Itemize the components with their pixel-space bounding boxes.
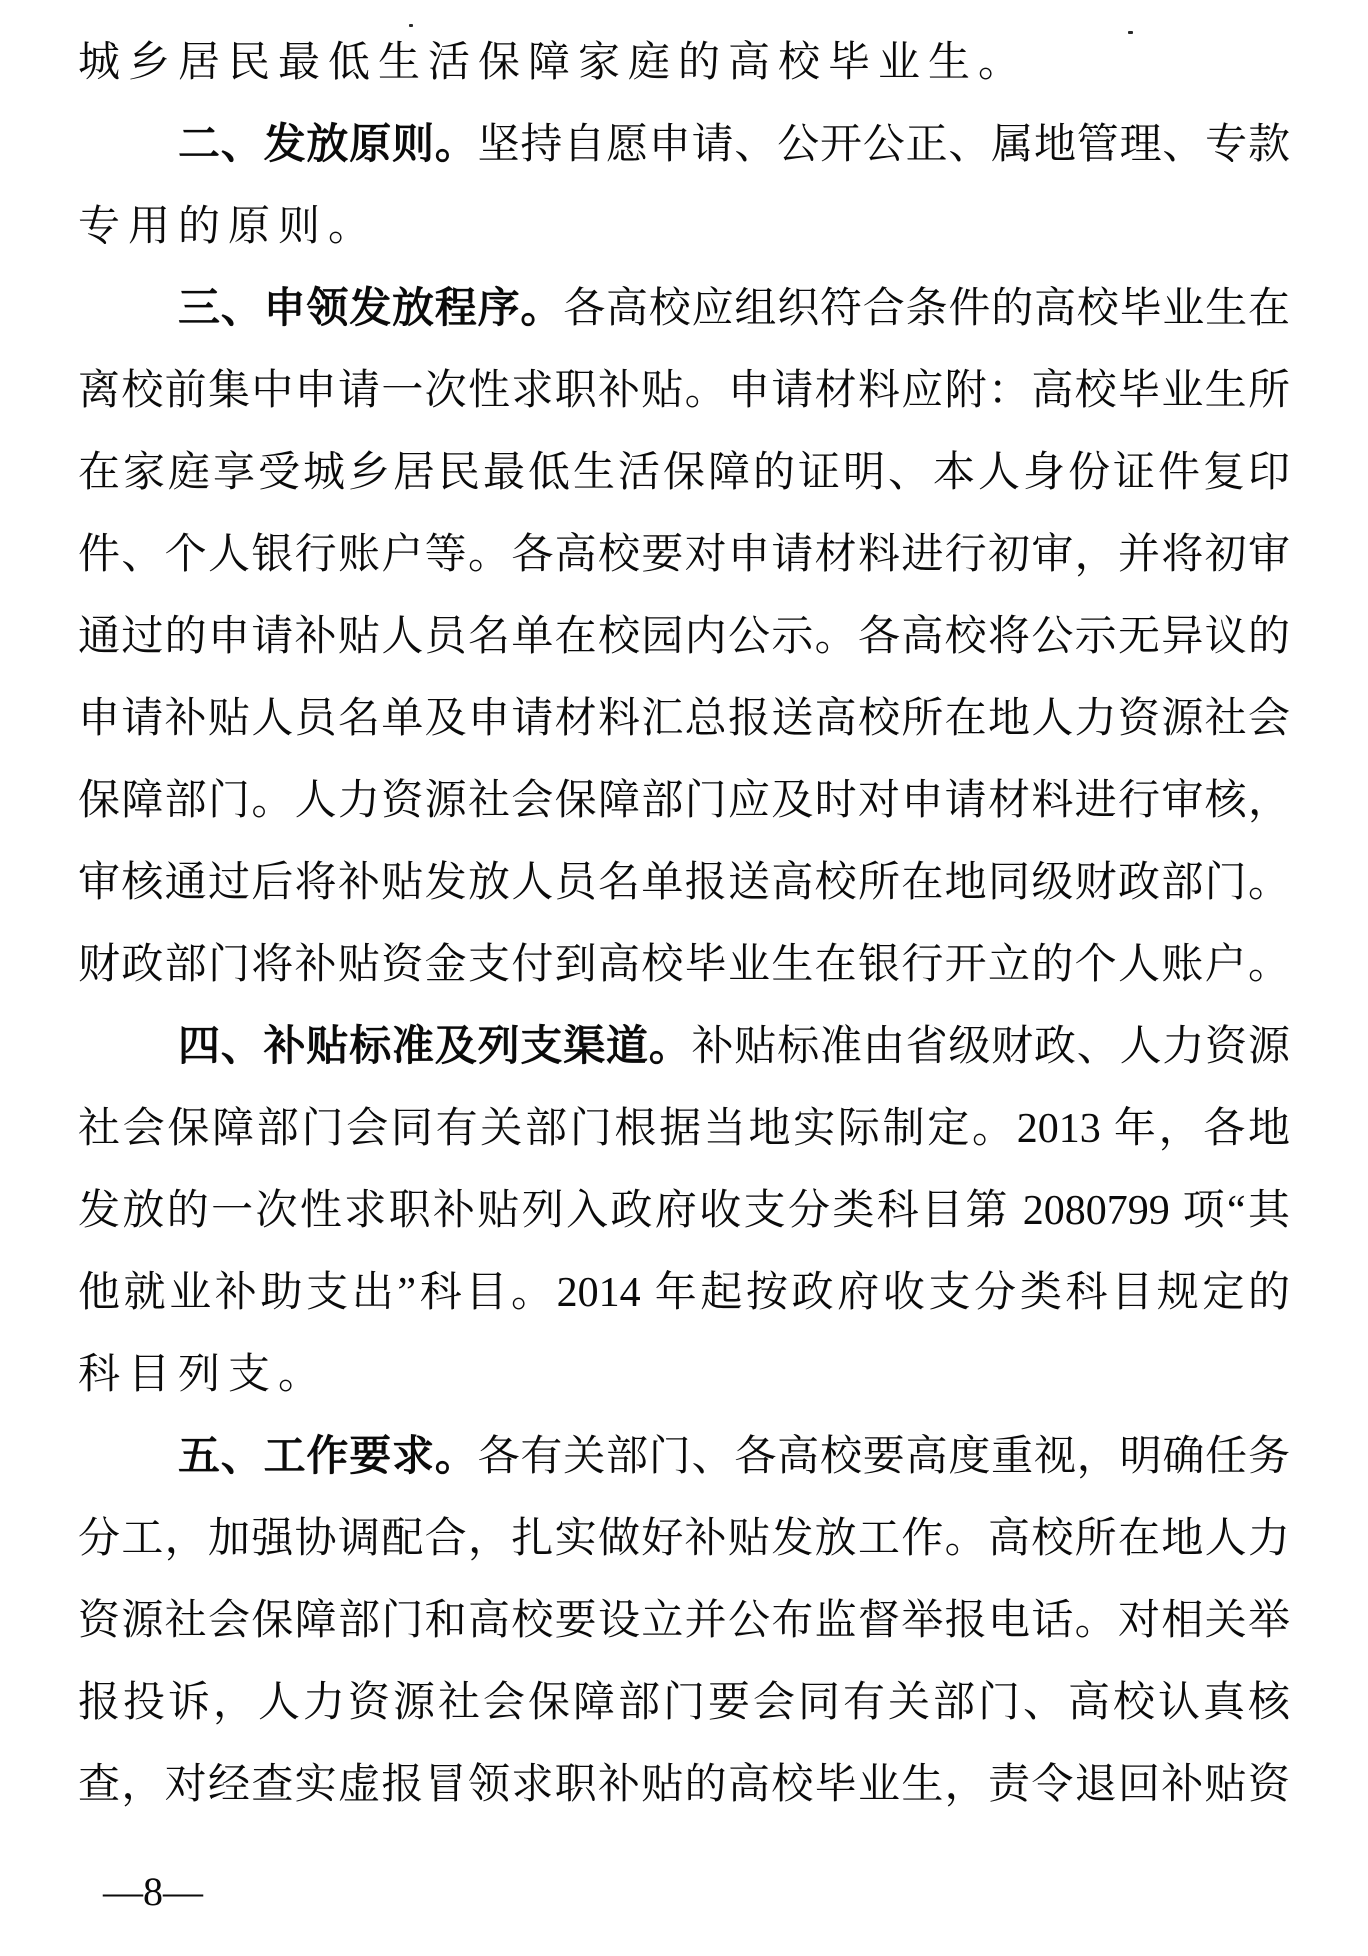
text-line: 查，对经查实虚报冒领求职补贴的高校毕业生，责令退回补贴资 <box>78 1744 1290 1826</box>
text-line: 专用的原则。 <box>78 186 1290 268</box>
paragraph-heading: 三、申领发放程序。 <box>178 286 563 332</box>
text-line: 报投诉，人力资源社会保障部门要会同有关部门、高校认真核 <box>78 1662 1290 1744</box>
text-line: 离校前集中申请一次性求职补贴。申请材料应附：高校毕业生所 <box>78 350 1290 432</box>
paragraph-heading: 二、发放原则。 <box>178 122 478 168</box>
page-number: —8— <box>103 1868 203 1916</box>
text-line: 他就业补助支出”科目。2014 年起按政府收支分类科目规定的 <box>78 1252 1290 1334</box>
text-line: 四、补贴标准及列支渠道。补贴标准由省级财政、人力资源 <box>78 1006 1290 1088</box>
text-line: 在家庭享受城乡居民最低生活保障的证明、本人身份证件复印 <box>78 432 1290 514</box>
text-line: 资源社会保障部门和高校要设立并公布监督举报电话。对相关举 <box>78 1580 1290 1662</box>
text-line: 发放的一次性求职补贴列入政府收支分类科目第 2080799 项“其 <box>78 1170 1290 1252</box>
text-line: 城乡居民最低生活保障家庭的高校毕业生。 <box>78 22 1290 104</box>
text-line: 分工，加强协调配合，扎实做好补贴发放工作。高校所在地人力 <box>78 1498 1290 1580</box>
text-line: 科目列支。 <box>78 1334 1290 1416</box>
text-line: 件、个人银行账户等。各高校要对申请材料进行初审，并将初审 <box>78 514 1290 596</box>
text-line: 通过的申请补贴人员名单在校园内公示。各高校将公示无异议的 <box>78 596 1290 678</box>
document-body: 城乡居民最低生活保障家庭的高校毕业生。二、发放原则。坚持自愿申请、公开公正、属地… <box>78 22 1290 1826</box>
text-line: 保障部门。人力资源社会保障部门应及时对申请材料进行审核， <box>78 760 1290 842</box>
document-page: 城乡居民最低生活保障家庭的高校毕业生。二、发放原则。坚持自愿申请、公开公正、属地… <box>0 0 1368 1956</box>
text-line: 二、发放原则。坚持自愿申请、公开公正、属地管理、专款 <box>78 104 1290 186</box>
text-line: 申请补贴人员名单及申请材料汇总报送高校所在地人力资源社会 <box>78 678 1290 760</box>
text-line: 三、申领发放程序。各高校应组织符合条件的高校毕业生在 <box>78 268 1290 350</box>
paragraph-heading: 四、补贴标准及列支渠道。 <box>178 1024 692 1070</box>
paragraph-heading: 五、工作要求。 <box>178 1434 478 1480</box>
text-line: 审核通过后将补贴发放人员名单报送高校所在地同级财政部门。 <box>78 842 1290 924</box>
text-line: 社会保障部门会同有关部门根据当地实际制定。2013 年，各地 <box>78 1088 1290 1170</box>
text-line: 财政部门将补贴资金支付到高校毕业生在银行开立的个人账户。 <box>78 924 1290 1006</box>
text-line: 五、工作要求。各有关部门、各高校要高度重视，明确任务 <box>78 1416 1290 1498</box>
